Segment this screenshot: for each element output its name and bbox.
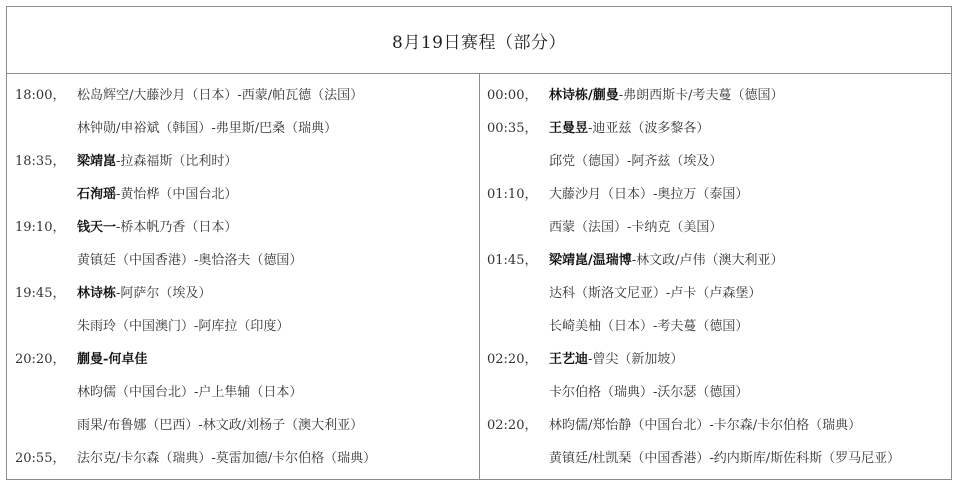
match-time: 01:10，: [480, 186, 549, 204]
schedule-title: 8月19日赛程（部分）: [392, 28, 566, 53]
title-row: 8月19日赛程（部分）: [7, 7, 951, 74]
match-text: 达科（斯洛文尼亚）-卢卡（卢森堡）: [549, 285, 761, 303]
match-text: 黄镇廷（中国香港）-奥恰洛夫（德国）: [77, 252, 302, 270]
match-text: 邱党（德国）-阿齐兹（埃及）: [549, 153, 722, 171]
highlight-player: 王曼昱: [549, 120, 588, 138]
match-line: 18:35，梁靖崑-拉森福斯（比利时）: [7, 153, 479, 186]
match-text: 长崎美柚（日本）-考夫蔓（德国）: [549, 318, 748, 336]
match-line: 00:00，林诗栋/蒯曼-弗朗西斯卡/考夫蔓（德国）: [480, 87, 951, 120]
match-text: 林昀儒/郑怡静（中国台北）-卡尔森/卡尔伯格（瑞典）: [549, 417, 861, 435]
match-line: 黄镇廷/杜凯琹（中国香港）-约内斯库/斯佐科斯（罗马尼亚）: [480, 450, 951, 483]
match-line: 19:10，钱天一-桥本帆乃香（日本）: [7, 219, 479, 252]
match-text: -拉森福斯（比利时）: [116, 153, 237, 171]
match-text: 卡尔伯格（瑞典）-沃尔瑟（德国）: [549, 384, 748, 402]
right-column: 00:00，林诗栋/蒯曼-弗朗西斯卡/考夫蔓（德国） 00:35，王曼昱-迪亚兹…: [480, 74, 951, 479]
match-line: 20:20，蒯曼-何卓佳: [7, 351, 479, 384]
match-line: 朱雨玲（中国澳门）-阿库拉（印度）: [7, 318, 479, 351]
match-line: 02:20，林昀儒/郑怡静（中国台北）-卡尔森/卡尔伯格（瑞典）: [480, 417, 951, 450]
match-text: -林文政/卢伟（澳大利亚）: [632, 252, 784, 270]
match-line: 黄镇廷（中国香港）-奥恰洛夫（德国）: [7, 252, 479, 285]
left-column: 18:00，松岛辉空/大藤沙月（日本）-西蒙/帕瓦德（法国） 林钟勋/申裕斌（韩…: [7, 74, 480, 479]
match-time: 20:20，: [7, 351, 77, 369]
highlight-player: 林诗栋: [77, 285, 116, 303]
match-text: -黄怡桦（中国台北）: [116, 186, 237, 204]
match-line: 石洵瑶-黄怡桦（中国台北）: [7, 186, 479, 219]
match-line: 达科（斯洛文尼亚）-卢卡（卢森堡）: [480, 285, 951, 318]
match-line: 林钟勋/申裕斌（韩国）-弗里斯/巴桑（瑞典）: [7, 120, 479, 153]
match-time: 01:45，: [480, 252, 549, 270]
match-time: 18:35，: [7, 153, 77, 171]
match-line: 00:35，王曼昱-迪亚兹（波多黎各）: [480, 120, 951, 153]
highlight-player: 梁靖崑: [77, 153, 116, 171]
match-line: 长崎美柚（日本）-考夫蔓（德国）: [480, 318, 951, 351]
match-text: 法尔克/卡尔森（瑞典）-莫雷加德/卡尔伯格（瑞典）: [77, 450, 376, 468]
match-line: 01:45，梁靖崑/温瑞博-林文政/卢伟（澳大利亚）: [480, 252, 951, 285]
match-time: 00:00，: [480, 87, 549, 105]
match-text: 林钟勋/申裕斌（韩国）-弗里斯/巴桑（瑞典）: [77, 120, 337, 138]
highlight-player: 王艺迪: [549, 351, 588, 369]
match-text: 朱雨玲（中国澳门）-阿库拉（印度）: [77, 318, 289, 336]
match-line: 西蒙（法国）-卡纳克（美国）: [480, 219, 951, 252]
match-text: -曾尖（新加坡）: [588, 351, 683, 369]
highlight-player: 梁靖崑/温瑞博: [549, 252, 632, 270]
match-time: 19:45，: [7, 285, 77, 303]
match-text: -阿萨尔（埃及）: [116, 285, 211, 303]
highlight-player: 钱天一: [77, 219, 116, 237]
match-text: 林昀儒（中国台北）-户上隼辅（日本）: [77, 384, 302, 402]
highlight-player: 蒯曼-何卓佳: [77, 351, 147, 369]
match-time: 20:55，: [7, 450, 77, 468]
match-text: 大藤沙月（日本）-奥拉万（泰国）: [549, 186, 748, 204]
match-line: 卡尔伯格（瑞典）-沃尔瑟（德国）: [480, 384, 951, 417]
match-time: 18:00，: [7, 87, 77, 105]
match-text: -弗朗西斯卡/考夫蔓（德国）: [619, 87, 784, 105]
match-text: 松岛辉空/大藤沙月（日本）-西蒙/帕瓦德（法国）: [77, 87, 363, 105]
match-line: 林昀儒（中国台北）-户上隼辅（日本）: [7, 384, 479, 417]
schedule-table: 8月19日赛程（部分） 18:00，松岛辉空/大藤沙月（日本）-西蒙/帕瓦德（法…: [6, 6, 952, 480]
highlight-player: 石洵瑶: [77, 186, 116, 204]
match-text: 雨果/布鲁娜（巴西）-林文政/刘杨子（澳大利亚）: [77, 417, 363, 435]
match-time: 02:20，: [480, 417, 549, 435]
match-line: 邱党（德国）-阿齐兹（埃及）: [480, 153, 951, 186]
match-text: -迪亚兹（波多黎各）: [588, 120, 709, 138]
match-text: -桥本帆乃香（日本）: [116, 219, 237, 237]
match-text: 黄镇廷/杜凯琹（中国香港）-约内斯库/斯佐科斯（罗马尼亚）: [549, 450, 900, 468]
match-line: 20:55，法尔克/卡尔森（瑞典）-莫雷加德/卡尔伯格（瑞典）: [7, 450, 479, 483]
match-line: 01:10，大藤沙月（日本）-奥拉万（泰国）: [480, 186, 951, 219]
match-line: 02:20，王艺迪-曾尖（新加坡）: [480, 351, 951, 384]
highlight-player: 林诗栋/蒯曼: [549, 87, 619, 105]
match-time: 02:20，: [480, 351, 549, 369]
match-line: 18:00，松岛辉空/大藤沙月（日本）-西蒙/帕瓦德（法国）: [7, 87, 479, 120]
match-time: 00:35，: [480, 120, 549, 138]
match-text: 西蒙（法国）-卡纳克（美国）: [549, 219, 722, 237]
match-line: 19:45，林诗栋-阿萨尔（埃及）: [7, 285, 479, 318]
match-time: 19:10，: [7, 219, 77, 237]
match-line: 雨果/布鲁娜（巴西）-林文政/刘杨子（澳大利亚）: [7, 417, 479, 450]
